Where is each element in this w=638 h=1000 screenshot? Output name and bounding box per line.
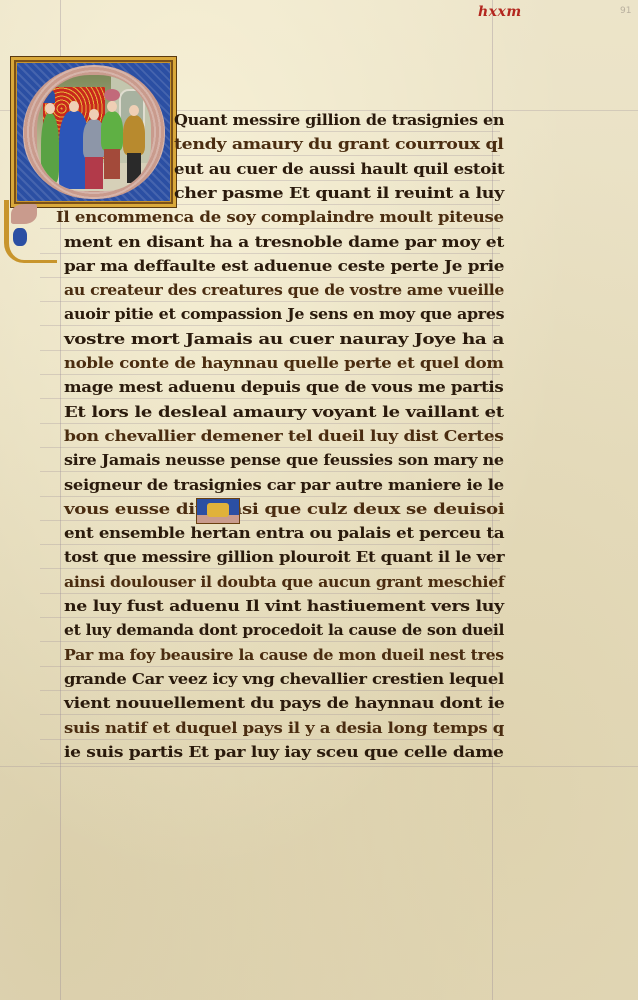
text-line: Quant messire gillion de trasignies en	[174, 107, 504, 133]
text-line: suis natif et duquel pays il y a desia l…	[64, 715, 504, 741]
text-line: cher pasme Et quant il reuint a luy	[174, 180, 504, 206]
historiated-initial	[10, 56, 177, 208]
text-line: vient nouuellement du pays de haynnau do…	[64, 690, 504, 716]
initial-tail-flourish	[4, 200, 57, 263]
text-line: tendy amaury du grant courroux ql	[174, 131, 503, 157]
text-line: et luy demanda dont procedoit la cause d…	[64, 617, 504, 643]
text-line: ainsi doulouser il doubta que aucun gran…	[64, 569, 504, 595]
pencil-foliation: 91	[620, 6, 631, 16]
text-line: ne luy fust aduenu Il vint hastiuement v…	[64, 593, 504, 619]
text-line: ie suis partis Et par luy iay sceu que c…	[64, 739, 504, 765]
text-line: vostre mort Jamais au cuer nauray Joye h…	[64, 326, 504, 352]
manuscript-folio: hxxm 91 Quant messire gillion de trasign…	[0, 0, 638, 1000]
ruling-bottom	[0, 766, 638, 767]
text-line: tost que messire gillion plouroit Et qua…	[64, 544, 504, 570]
text-line: Et lors le desleal amaury voyant le vail…	[64, 399, 504, 425]
text-line: au createur des creatures que de vostre …	[64, 277, 504, 303]
text-line: vous eusse dit Ainsi que culz deux se de…	[64, 496, 504, 522]
small-initial-e	[196, 498, 240, 524]
text-line: par ma deffaulte est aduenue ceste perte…	[64, 253, 504, 279]
figure-lady-in-green	[41, 113, 59, 183]
folio-number: hxxm	[478, 4, 522, 20]
figure-man-in-green	[101, 111, 123, 151]
text-line: sire Jamais neusse pense que feussies so…	[64, 447, 504, 473]
text-line: auoir pitie et compassion Je sens en moy…	[64, 301, 504, 327]
text-line: eut au cuer de aussi hault quil estoit	[174, 156, 504, 182]
text-line: grande Car veez icy vng chevallier crest…	[64, 666, 504, 692]
text-line: bon chevallier demener tel dueil luy dis…	[64, 423, 504, 449]
figure-man-in-brocade	[123, 115, 145, 155]
text-line: ment en disant ha a tresnoble dame par m…	[64, 229, 504, 255]
text-line: mage mest aduenu depuis que de vous me p…	[64, 374, 503, 400]
miniature-scene	[37, 75, 151, 191]
text-line: noble conte de haynnau quelle perte et q…	[64, 350, 504, 376]
text-line: ent ensemble hertan entra ou palais et p…	[64, 520, 504, 546]
text-line: Il encommenca de soy complaindre moult p…	[56, 204, 504, 230]
text-line: seigneur de trasignies car par autre man…	[64, 472, 504, 498]
text-line: Par ma foy beausire la cause de mon duei…	[64, 642, 504, 668]
